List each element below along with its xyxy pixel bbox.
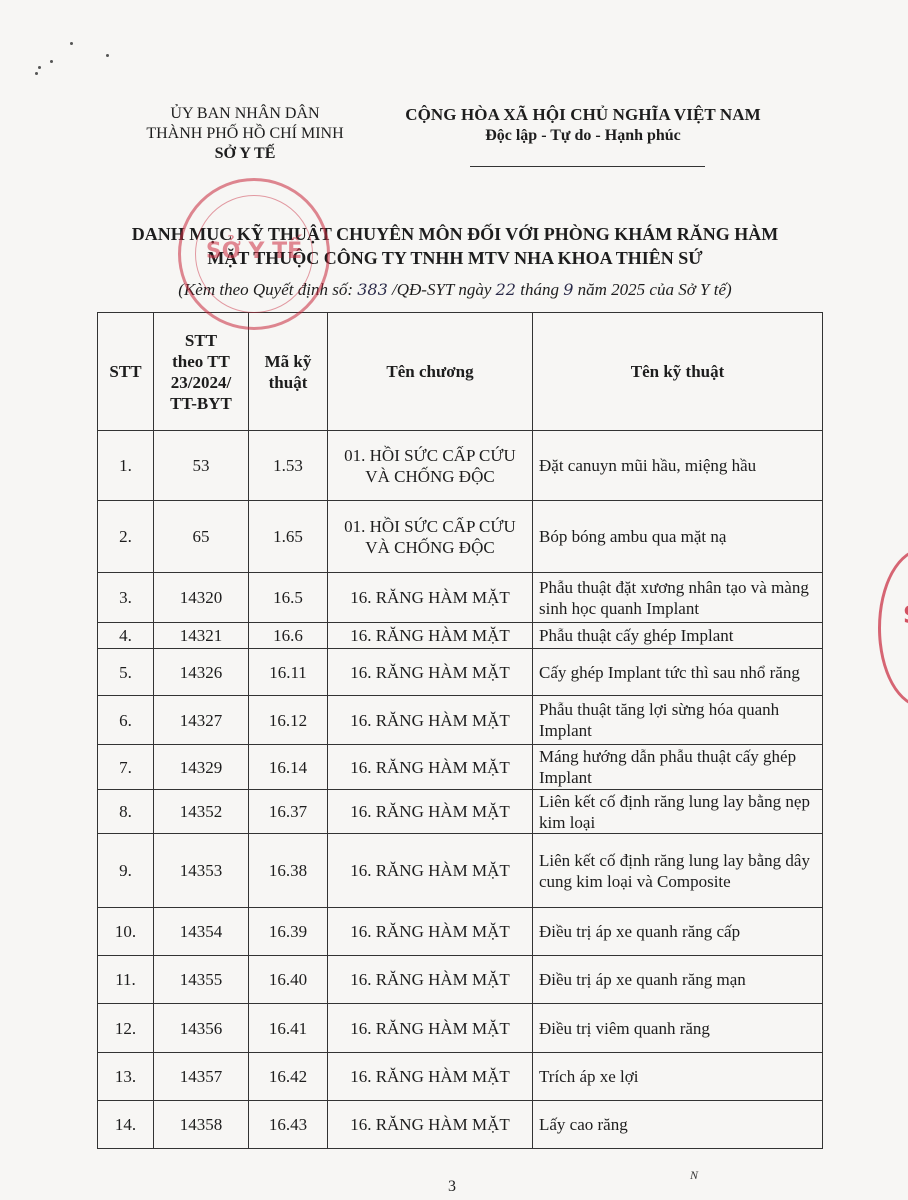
- ref-suffix: năm 2025 của Sở Y tế): [578, 280, 732, 299]
- cell-stt-tt: 14353: [154, 834, 249, 908]
- cell-code: 16.42: [249, 1053, 328, 1101]
- cell-chapter: 16. RĂNG HÀM MẶT: [328, 623, 533, 649]
- initials-mark: N: [690, 1168, 698, 1183]
- decision-day: 22: [496, 280, 516, 299]
- hdr-l3: 23/2024/: [158, 372, 244, 393]
- cell-code: 16.43: [249, 1101, 328, 1149]
- hdr-l1: STT: [158, 330, 244, 351]
- technique-table: STT STT theo TT 23/2024/ TT-BYT Mã kỹ th…: [97, 312, 823, 1149]
- table-row: 12.1435616.4116. RĂNG HÀM MẶTĐiều trị vi…: [98, 1004, 823, 1053]
- cell-stt: 3.: [98, 573, 154, 623]
- cell-chapter: 16. RĂNG HÀM MẶT: [328, 790, 533, 834]
- table-row: 4.1432116.616. RĂNG HÀM MẶTPhẫu thuật cấ…: [98, 623, 823, 649]
- cell-technique: Cấy ghép Implant tức thì sau nhổ răng: [533, 649, 823, 696]
- cell-chapter: 16. RĂNG HÀM MẶT: [328, 696, 533, 745]
- col-header-technique: Tên kỹ thuật: [533, 313, 823, 431]
- hdr-code-l2: thuật: [253, 372, 323, 393]
- cell-stt: 14.: [98, 1101, 154, 1149]
- cell-stt: 7.: [98, 745, 154, 790]
- cell-stt-tt: 14326: [154, 649, 249, 696]
- cell-stt: 4.: [98, 623, 154, 649]
- cell-code: 16.38: [249, 834, 328, 908]
- cell-stt-tt: 14357: [154, 1053, 249, 1101]
- cell-technique: Trích áp xe lợi: [533, 1053, 823, 1101]
- cell-stt: 9.: [98, 834, 154, 908]
- cell-stt-tt: 14355: [154, 956, 249, 1004]
- motto: Độc lập - Tự do - Hạnh phúc: [358, 125, 808, 146]
- table-row: 10.1435416.3916. RĂNG HÀM MẶTĐiều trị áp…: [98, 908, 823, 956]
- table-row: 2.651.6501. HỒI SỨC CẤP CỨU VÀ CHỐNG ĐỘC…: [98, 501, 823, 573]
- cell-technique: Điều trị áp xe quanh răng cấp: [533, 908, 823, 956]
- table-row: 1.531.5301. HỒI SỨC CẤP CỨU VÀ CHỐNG ĐỘC…: [98, 431, 823, 501]
- motto-underline: [470, 166, 705, 167]
- cell-stt-tt: 65: [154, 501, 249, 573]
- ref-mid-2: tháng: [520, 280, 559, 299]
- cell-code: 16.41: [249, 1004, 328, 1053]
- col-header-stt: STT: [98, 313, 154, 431]
- decision-reference: (Kèm theo Quyết định số: 383 /QĐ-SYT ngà…: [80, 280, 830, 300]
- cell-stt: 13.: [98, 1053, 154, 1101]
- cell-code: 16.5: [249, 573, 328, 623]
- hdr-code-l1: Mã kỹ: [253, 351, 323, 372]
- cell-chapter: 16. RĂNG HÀM MẶT: [328, 573, 533, 623]
- cell-technique: Máng hướng dẫn phẫu thuật cấy ghép Impla…: [533, 745, 823, 790]
- cell-stt-tt: 14358: [154, 1101, 249, 1149]
- cell-chapter: 01. HỒI SỨC CẤP CỨU VÀ CHỐNG ĐỘC: [328, 501, 533, 573]
- authority-line-1: ỦY BAN NHÂN DÂN: [100, 104, 390, 124]
- col-header-chapter: Tên chương: [328, 313, 533, 431]
- hdr-l2: theo TT: [158, 351, 244, 372]
- cell-stt-tt: 14327: [154, 696, 249, 745]
- cell-technique: Bóp bóng ambu qua mặt nạ: [533, 501, 823, 573]
- table-row: 6.1432716.1216. RĂNG HÀM MẶTPhẫu thuật t…: [98, 696, 823, 745]
- table-row: 11.1435516.4016. RĂNG HÀM MẶTĐiều trị áp…: [98, 956, 823, 1004]
- document-title: DANH MỤC KỸ THUẬT CHUYÊN MÔN ĐỐI VỚI PHÒ…: [80, 222, 830, 270]
- cell-stt-tt: 14320: [154, 573, 249, 623]
- cell-technique: Điều trị áp xe quanh răng mạn: [533, 956, 823, 1004]
- cell-chapter: 16. RĂNG HÀM MẶT: [328, 649, 533, 696]
- cell-code: 16.12: [249, 696, 328, 745]
- cell-technique: Liên kết cố định răng lung lay bằng nẹp …: [533, 790, 823, 834]
- cell-stt-tt: 14321: [154, 623, 249, 649]
- table-row: 14.1435816.4316. RĂNG HÀM MẶTLấy cao răn…: [98, 1101, 823, 1149]
- cell-stt: 8.: [98, 790, 154, 834]
- cell-chapter: 16. RĂNG HÀM MẶT: [328, 1004, 533, 1053]
- decision-number: 383: [357, 280, 388, 299]
- cell-chapter: 16. RĂNG HÀM MẶT: [328, 956, 533, 1004]
- title-line-2: MẶT THUỘC CÔNG TY TNHH MTV NHA KHOA THIÊ…: [80, 246, 830, 270]
- cell-stt: 2.: [98, 501, 154, 573]
- title-line-1: DANH MỤC KỸ THUẬT CHUYÊN MÔN ĐỐI VỚI PHÒ…: [80, 222, 830, 246]
- decision-month: 9: [563, 280, 573, 299]
- cell-stt-tt: 14352: [154, 790, 249, 834]
- cell-stt: 12.: [98, 1004, 154, 1053]
- cell-chapter: 01. HỒI SỨC CẤP CỨU VÀ CHỐNG ĐỘC: [328, 431, 533, 501]
- cell-code: 16.37: [249, 790, 328, 834]
- authority-line-2: THÀNH PHỐ HỒ CHÍ MINH: [100, 124, 390, 144]
- cell-chapter: 16. RĂNG HÀM MẶT: [328, 834, 533, 908]
- cell-technique: Phẫu thuật tăng lợi sừng hóa quanh Impla…: [533, 696, 823, 745]
- cell-stt: 6.: [98, 696, 154, 745]
- cell-chapter: 16. RĂNG HÀM MẶT: [328, 745, 533, 790]
- ref-mid-1: /QĐ-SYT ngày: [392, 280, 491, 299]
- cell-stt: 5.: [98, 649, 154, 696]
- cell-technique: Đặt canuyn mũi hầu, miệng hầu: [533, 431, 823, 501]
- cell-code: 16.39: [249, 908, 328, 956]
- cell-code: 1.65: [249, 501, 328, 573]
- cell-code: 16.11: [249, 649, 328, 696]
- cell-technique: Lấy cao răng: [533, 1101, 823, 1149]
- seal-fragment-glyph: S: [903, 601, 908, 629]
- country-name: CỘNG HÒA XÃ HỘI CHỦ NGHĨA VIỆT NAM: [358, 104, 808, 125]
- table-row: 9.1435316.3816. RĂNG HÀM MẶTLiên kết cố …: [98, 834, 823, 908]
- table-row: 3.1432016.516. RĂNG HÀM MẶTPhẫu thuật đặ…: [98, 573, 823, 623]
- authority-line-3: SỞ Y TẾ: [100, 144, 390, 164]
- table-row: 5.1432616.1116. RĂNG HÀM MẶTCấy ghép Imp…: [98, 649, 823, 696]
- cell-stt-tt: 14329: [154, 745, 249, 790]
- cell-stt-tt: 53: [154, 431, 249, 501]
- page-number: 3: [448, 1178, 456, 1196]
- col-header-code: Mã kỹ thuật: [249, 313, 328, 431]
- cell-chapter: 16. RĂNG HÀM MẶT: [328, 1053, 533, 1101]
- national-motto-header: CỘNG HÒA XÃ HỘI CHỦ NGHĨA VIỆT NAM Độc l…: [358, 104, 808, 146]
- cell-chapter: 16. RĂNG HÀM MẶT: [328, 1101, 533, 1149]
- cell-chapter: 16. RĂNG HÀM MẶT: [328, 908, 533, 956]
- cell-technique: Điều trị viêm quanh răng: [533, 1004, 823, 1053]
- edge-seal-fragment: S: [878, 548, 908, 708]
- cell-technique: Phẫu thuật đặt xương nhân tạo và màng si…: [533, 573, 823, 623]
- cell-stt: 1.: [98, 431, 154, 501]
- ref-prefix: (Kèm theo Quyết định số:: [178, 280, 353, 299]
- cell-technique: Phẫu thuật cấy ghép Implant: [533, 623, 823, 649]
- cell-code: 16.40: [249, 956, 328, 1004]
- table-row: 8.1435216.3716. RĂNG HÀM MẶTLiên kết cố …: [98, 790, 823, 834]
- table-row: 7.1432916.1416. RĂNG HÀM MẶTMáng hướng d…: [98, 745, 823, 790]
- cell-code: 1.53: [249, 431, 328, 501]
- cell-stt: 10.: [98, 908, 154, 956]
- cell-technique: Liên kết cố định răng lung lay bằng dây …: [533, 834, 823, 908]
- cell-code: 16.14: [249, 745, 328, 790]
- table-header-row: STT STT theo TT 23/2024/ TT-BYT Mã kỹ th…: [98, 313, 823, 431]
- hdr-l4: TT-BYT: [158, 393, 244, 414]
- cell-stt-tt: 14356: [154, 1004, 249, 1053]
- col-header-stt-tt: STT theo TT 23/2024/ TT-BYT: [154, 313, 249, 431]
- cell-stt-tt: 14354: [154, 908, 249, 956]
- table-row: 13.1435716.4216. RĂNG HÀM MẶTTrích áp xe…: [98, 1053, 823, 1101]
- cell-stt: 11.: [98, 956, 154, 1004]
- issuing-authority-header: ỦY BAN NHÂN DÂN THÀNH PHỐ HỒ CHÍ MINH SỞ…: [100, 104, 390, 164]
- cell-code: 16.6: [249, 623, 328, 649]
